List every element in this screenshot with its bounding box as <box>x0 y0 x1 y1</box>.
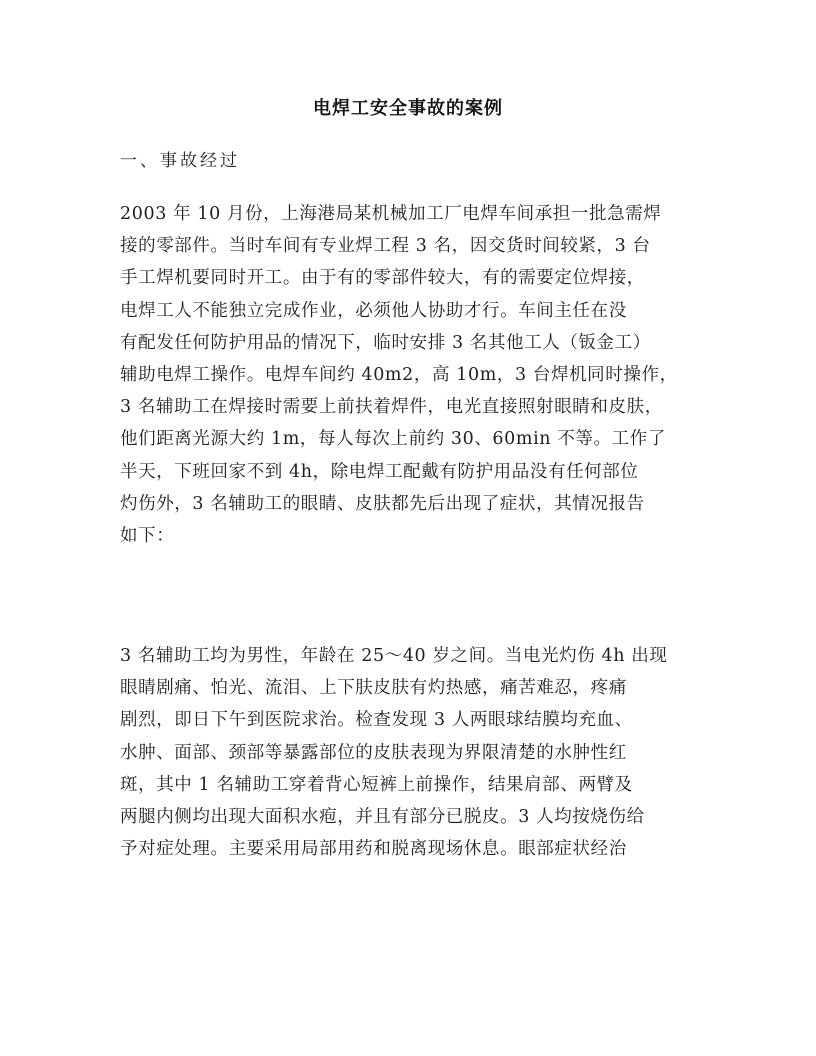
text-line: 如下： <box>120 520 705 552</box>
text-line: 剧烈，即日下午到医院求治。检查发现 3 人两眼球结膜均充血、 <box>120 704 705 736</box>
paragraph-injury-report: 3 名辅助工均为男性，年龄在 25～40 岁之间。当电光灼伤 4h 出现 眼睛剧… <box>120 640 705 865</box>
text-line: 水肿、面部、颈部等暴露部位的皮肤表现为界限清楚的水肿性红 <box>120 737 705 769</box>
text-line: 3 名辅助工在焊接时需要上前扶着焊件，电光直接照射眼睛和皮肤， <box>120 391 705 423</box>
text-line: 辅助电焊工操作。电焊车间约 40m2，高 10m，3 台焊机同时操作， <box>120 359 705 391</box>
text-line: 灼伤外，3 名辅助工的眼睛、皮肤都先后出现了症状，其情况报告 <box>120 488 705 520</box>
section-heading: 一、事故经过 <box>120 146 240 171</box>
text-line: 有配发任何防护用品的情况下，临时安排 3 名其他工人（钣金工） <box>120 327 705 359</box>
text-line: 电焊工人不能独立完成作业，必须他人协助才行。车间主任在没 <box>120 295 705 327</box>
document-title: 电焊工安全事故的案例 <box>0 94 816 120</box>
text-line: 手工焊机要同时开工。由于有的零部件较大，有的需要定位焊接， <box>120 262 705 294</box>
text-line: 2003 年 10 月份，上海港局某机械加工厂电焊车间承担一批急需焊 <box>120 198 705 230</box>
text-line: 予对症处理。主要采用局部用药和脱离现场休息。眼部症状经治 <box>120 833 705 865</box>
text-line: 两腿内侧均出现大面积水疱，并且有部分已脱皮。3 人均按烧伤给 <box>120 801 705 833</box>
text-line: 他们距离光源大约 1m，每人每次上前约 30、60min 不等。工作了 <box>120 423 705 455</box>
text-line: 半天，下班回家不到 4h，除电焊工配戴有防护用品没有任何部位 <box>120 456 705 488</box>
document-page: 电焊工安全事故的案例 一、事故经过 2003 年 10 月份，上海港局某机械加工… <box>0 0 816 1056</box>
text-line: 斑，其中 1 名辅助工穿着背心短裤上前操作，结果肩部、两臂及 <box>120 769 705 801</box>
text-line: 接的零部件。当时车间有专业焊工程 3 名，因交货时间较紧，3 台 <box>120 230 705 262</box>
text-line: 3 名辅助工均为男性，年龄在 25～40 岁之间。当电光灼伤 4h 出现 <box>120 640 705 672</box>
paragraph-accident-process: 2003 年 10 月份，上海港局某机械加工厂电焊车间承担一批急需焊 接的零部件… <box>120 198 705 552</box>
text-line: 眼睛剧痛、怕光、流泪、上下肤皮肤有灼热感，痛苦难忍，疼痛 <box>120 672 705 704</box>
